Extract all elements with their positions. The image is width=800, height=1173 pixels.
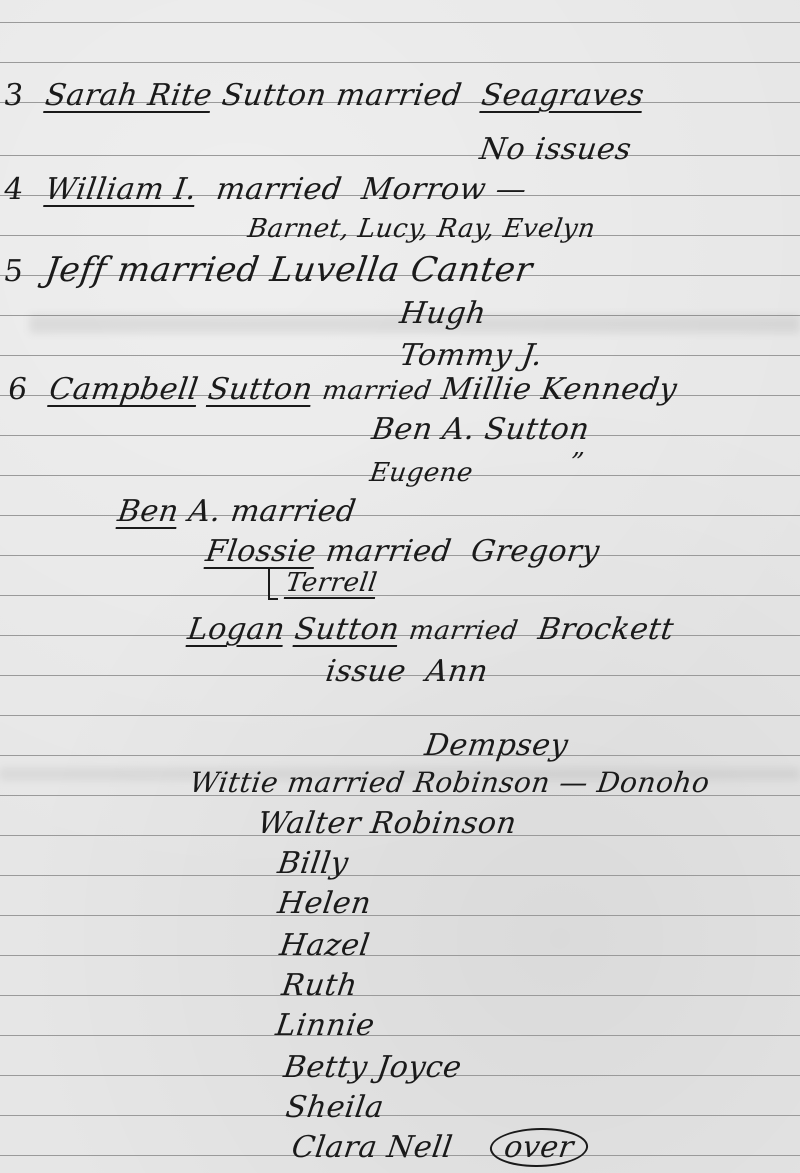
spouse: Brockett [536,612,676,647]
surname: Sutton [206,372,315,407]
flossie-child: Terrell [284,568,379,598]
spouse: Millie Kennedy [439,372,679,407]
dempsey-child: Walter Robinson [256,806,519,841]
entry-number: 5 [1,254,26,289]
entry-number: 3 [2,78,27,113]
dempsey-child: Ruth [280,968,360,1003]
ben-line: Ben A. married [116,494,359,529]
entry-3: 3Sarah Rite Sutton married Seagraves [2,78,647,113]
issue-label: issue [324,654,409,689]
given-name: Jeff [43,250,110,290]
dempsey-child: Hazel [278,928,373,963]
entry-4: 4William I. married Morrow — [2,172,529,207]
entry-3-issue: No issues [478,132,634,167]
spouse: Morrow — [359,172,529,207]
dempsey-child: Billy [276,846,351,881]
spouse: Luvella Canter [268,250,535,290]
married-word: married [320,376,433,406]
logan-issue: issue Ann [324,654,491,689]
spouse: Seagraves [479,78,646,113]
issue-name: Ann [424,654,491,689]
given-name: Flossie [204,534,319,569]
surname: Sutton [292,612,401,647]
married-word: married [407,616,520,646]
over-note: over [488,1128,591,1167]
entry-number: 6 [6,372,31,407]
given-name: Ben [116,494,182,529]
dempsey-child: Betty Joyce [282,1050,464,1085]
entry-5-child: Hugh [398,296,489,331]
married-word: married [324,534,454,569]
entry-number: 4 [2,172,27,207]
dempsey-child: Clara Nell [290,1130,455,1165]
dempsey-last-line: Clara Nell over [289,1128,590,1167]
given-name: William I. [43,172,199,207]
dempsey-heading: Dempsey [423,728,571,763]
married-word: married [334,78,464,113]
child-bracket [268,568,278,600]
given-name: Campbell [47,372,201,407]
dempsey-child: Sheila [284,1090,387,1125]
entry-6-child: Ben A. Sutton [370,412,592,447]
dempsey-marriage-line: Wittie married Robinson — Donoho [188,766,712,799]
dempsey-child: Linnie [274,1008,377,1043]
given-name: Sarah Rite [43,78,214,113]
ben-rest: A. married [186,494,358,529]
surname: Sutton [220,78,329,113]
married-word: married [115,250,262,290]
flossie-line: Flossie married Gregory [204,534,602,569]
spouse: Gregory [469,534,602,569]
entry-6: 6Campbell Sutton married Millie Kennedy [6,372,680,407]
dempsey-child: Helen [276,886,374,921]
given-name: Logan [186,612,288,647]
entry-5-child: Tommy J. [398,338,545,373]
logan-line: Logan Sutton married Brockett [186,612,677,647]
entry-6-child: Eugene [368,458,475,488]
married-word: married [214,172,344,207]
entry-5: 5Jeff married Luvella Canter [1,250,535,290]
entry-4-children: Barnet, Lucy, Ray, Evelyn [246,214,597,244]
